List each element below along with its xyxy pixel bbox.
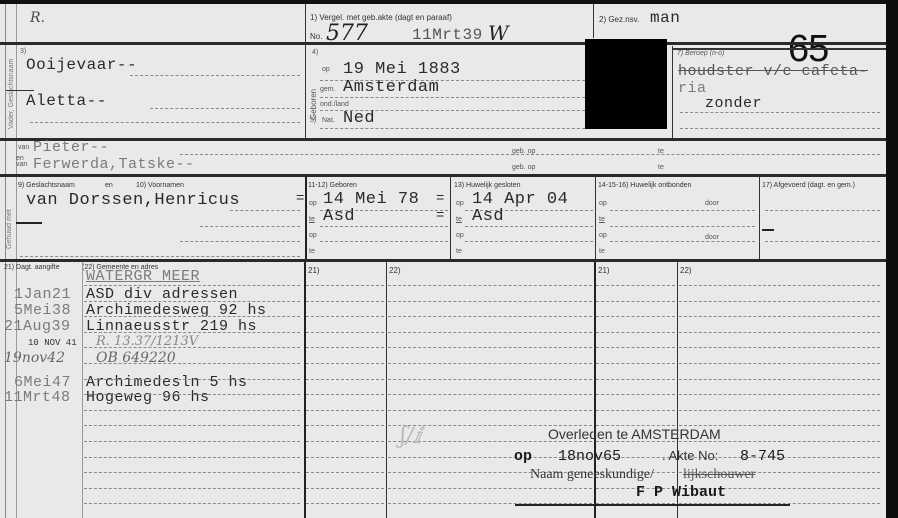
spouse-te-label-2: te [309,248,315,255]
rule [306,347,384,348]
rule [679,316,880,317]
rule [679,410,880,411]
rule [388,410,592,411]
section3-surname: Ooijevaar-- [26,56,137,74]
rule [596,332,675,333]
spouse-label-14-16: 14-15-16) Huwelijk ontbonden [598,182,691,189]
rule [84,441,300,442]
rule [388,316,592,317]
rule [596,394,675,395]
rule [16,222,42,224]
marriage-te-label: te [456,216,462,223]
rule [610,210,755,211]
rule [150,108,300,109]
marriage-op-label: op [456,200,464,207]
divider-h-1 [0,42,886,45]
address-date-4: 19nov42 [4,350,65,366]
spouse-birth-te-label: te [309,216,315,223]
rule [680,112,880,113]
divorce-te-label-2: te [599,248,605,255]
section7-label: 7) Beroep (n-o) [677,50,724,57]
father-te-label: te [658,148,664,155]
divider [672,46,673,139]
rule [180,241,300,242]
rule [465,226,593,227]
section4-nat-index: 5) [310,117,316,124]
section7-occupation: zonder [705,95,762,112]
spouse-label-en: en [105,182,113,189]
mother-te-label: te [658,164,664,171]
rule [679,301,880,302]
equals-mark: = [436,208,445,224]
death-line3-prefix: Naam geneeskundige/ [530,467,654,483]
registry-card: R. 1) Vergel. met geb.akte (dagt en para… [0,4,886,518]
spouse-label-11-12: 11-12) Geboren [308,182,357,189]
rule [306,285,384,286]
spouse-label-13: 13) Huwelijk gesloten [454,182,521,189]
rule [388,488,592,489]
rule [306,488,384,489]
address-date-6: 11Mrt48 [4,389,71,406]
rule [306,301,384,302]
death-akte-label: . Akte No: [662,448,718,463]
divorce-op-label-2: op [599,232,607,239]
signature-line [515,504,790,506]
rule [306,363,384,364]
rule [84,301,300,302]
rule [596,379,675,380]
death-op-label: op [514,448,532,465]
rule [465,241,593,242]
spouse-label-9: 9) Geslachtsnaam [18,182,75,189]
divider-v-593 [593,4,594,38]
rule [84,457,300,458]
top-left-mark: R. [30,10,45,26]
section4-side-label: Geboren [309,89,318,120]
divider [82,262,83,518]
rule [765,241,880,242]
rule [306,332,384,333]
divorce-op-label: op [599,200,607,207]
section3-side-label: Vader, Geslachtsnaam [8,59,15,129]
address-value-6: Hogeweg 96 hs [86,389,210,406]
spouse-name: van Dorssen,Henricus [26,191,240,210]
marriage-te-label-2: te [456,248,462,255]
divider [759,176,760,260]
rule [84,488,300,489]
spouse-birth-op-label: op [309,200,317,207]
section4-index: 4) [312,49,318,56]
rule [306,379,384,380]
rule [679,285,880,286]
spouse-label-17: 17) Afgevoerd (dagt. en gem.) [762,182,855,189]
rule [84,425,300,426]
rule [320,97,585,98]
redacted-photo-area [585,39,667,129]
spouse-op-label-2: op [309,232,317,239]
divider-h-3 [0,174,886,177]
section4-op-label: op [322,66,330,73]
col-21-b: 21) [598,266,610,275]
section2-label: 2) Gez.nsv. [599,15,639,24]
rule [320,241,448,242]
rule [679,394,880,395]
section7-occupation-struck: houdster v/e cafeta- [678,63,868,80]
rule [84,316,300,317]
rule [6,90,34,91]
rule [84,410,300,411]
rule [762,229,774,231]
rule [84,379,300,380]
death-line3-struck: lijkschouwer [683,467,755,483]
rule [388,394,592,395]
parents-father-prefix: van [18,144,29,151]
rule [320,128,585,129]
rule [84,503,300,504]
rule [596,347,675,348]
divider [595,176,596,260]
equals-mark: = [296,191,305,207]
rule [388,301,592,302]
rule [130,75,300,76]
address-date-3: 10 NOV 41 [28,338,77,348]
rule [306,457,384,458]
rule [84,332,300,333]
divider [305,176,307,260]
rule [306,503,384,504]
address-date-0: 1Jan21 [14,286,71,303]
divorce-door-label-2: door [705,234,719,241]
section4-birth-place: Amsterdam [343,78,439,97]
spouse-birth-place: Asd [323,207,355,226]
marriage-place: Asd [472,207,504,226]
rule [84,394,300,395]
rule [596,301,675,302]
parents-mother: Ferwerda,Tatske-- [33,156,195,173]
rule [84,363,300,364]
section3-given-names: Aletta-- [26,92,107,110]
divider [305,42,306,139]
divider [677,262,678,518]
rule [765,210,880,211]
divider-h-2 [0,138,886,141]
rule [230,210,300,211]
death-date: 18nov65 [558,448,621,465]
rule [610,241,755,242]
spouse-side-label: Gehuwd met [6,209,13,249]
rule [679,347,880,348]
address-date-1: 5Mei38 [14,302,71,319]
rule [610,226,755,227]
rule [388,379,592,380]
rule [200,226,300,227]
section7-occupation-struck-2: ria [678,80,707,97]
rule [320,226,448,227]
rule [596,316,675,317]
rule [306,425,384,426]
rule [596,285,675,286]
divider [386,262,387,518]
col-21-a: 21) [308,266,320,275]
spouse-label-10: 10) Voornamen [136,182,184,189]
rule [388,285,592,286]
section4-birth-date: 19 Mei 1883 [343,60,461,79]
section4-ond-label: ond./land [320,101,349,108]
parents-father: Pieter-- [33,139,109,156]
parents-mother-prefix: en van [16,156,30,168]
section2-value: man [650,9,680,27]
rule [596,363,675,364]
rule [306,441,384,442]
divider-h-4 [0,259,886,262]
scan-border-right [886,0,898,518]
addresses-label-21: 21) Dagt. aangifte [4,264,60,271]
death-line1: Overleden te AMSTERDAM [548,426,721,442]
section4-nat-label: Nat. [322,117,335,124]
rule [84,472,300,473]
rule [84,285,300,286]
equals-mark: = [436,191,445,207]
rule [388,347,592,348]
divider [450,176,451,260]
section4-nationality: Ned [343,109,375,128]
rule [679,363,880,364]
death-physician: F P Wibaut [636,484,726,501]
section4-gem-label: gem. [320,86,336,93]
address-date-2: 21Aug39 [4,318,71,335]
section1-no-label: No. [310,32,322,41]
rule [20,256,300,257]
rule [306,394,384,395]
mother-geb-op-label: geb. op [512,164,535,171]
pencil-mark: ʃ/ⅈ [400,424,422,449]
rule [306,316,384,317]
father-geb-op-label: geb. op [512,148,535,155]
addresses-municipality: WATERGR MEER [86,268,200,285]
rule [84,347,300,348]
rule [596,410,675,411]
marriage-op-label-2: op [456,232,464,239]
divorce-door-label: door [705,200,719,207]
rule [306,472,384,473]
col-22-b: 22) [680,266,692,275]
rule [388,332,592,333]
col-22-a: 22) [389,266,401,275]
section3-index: 3) [20,48,26,55]
death-akte-no: 8-745 [740,448,785,465]
rule [680,128,880,129]
divorce-te-label: te [599,216,605,223]
rule [388,363,592,364]
rule [679,379,880,380]
rule [679,332,880,333]
rule [30,122,300,123]
rule [306,410,384,411]
